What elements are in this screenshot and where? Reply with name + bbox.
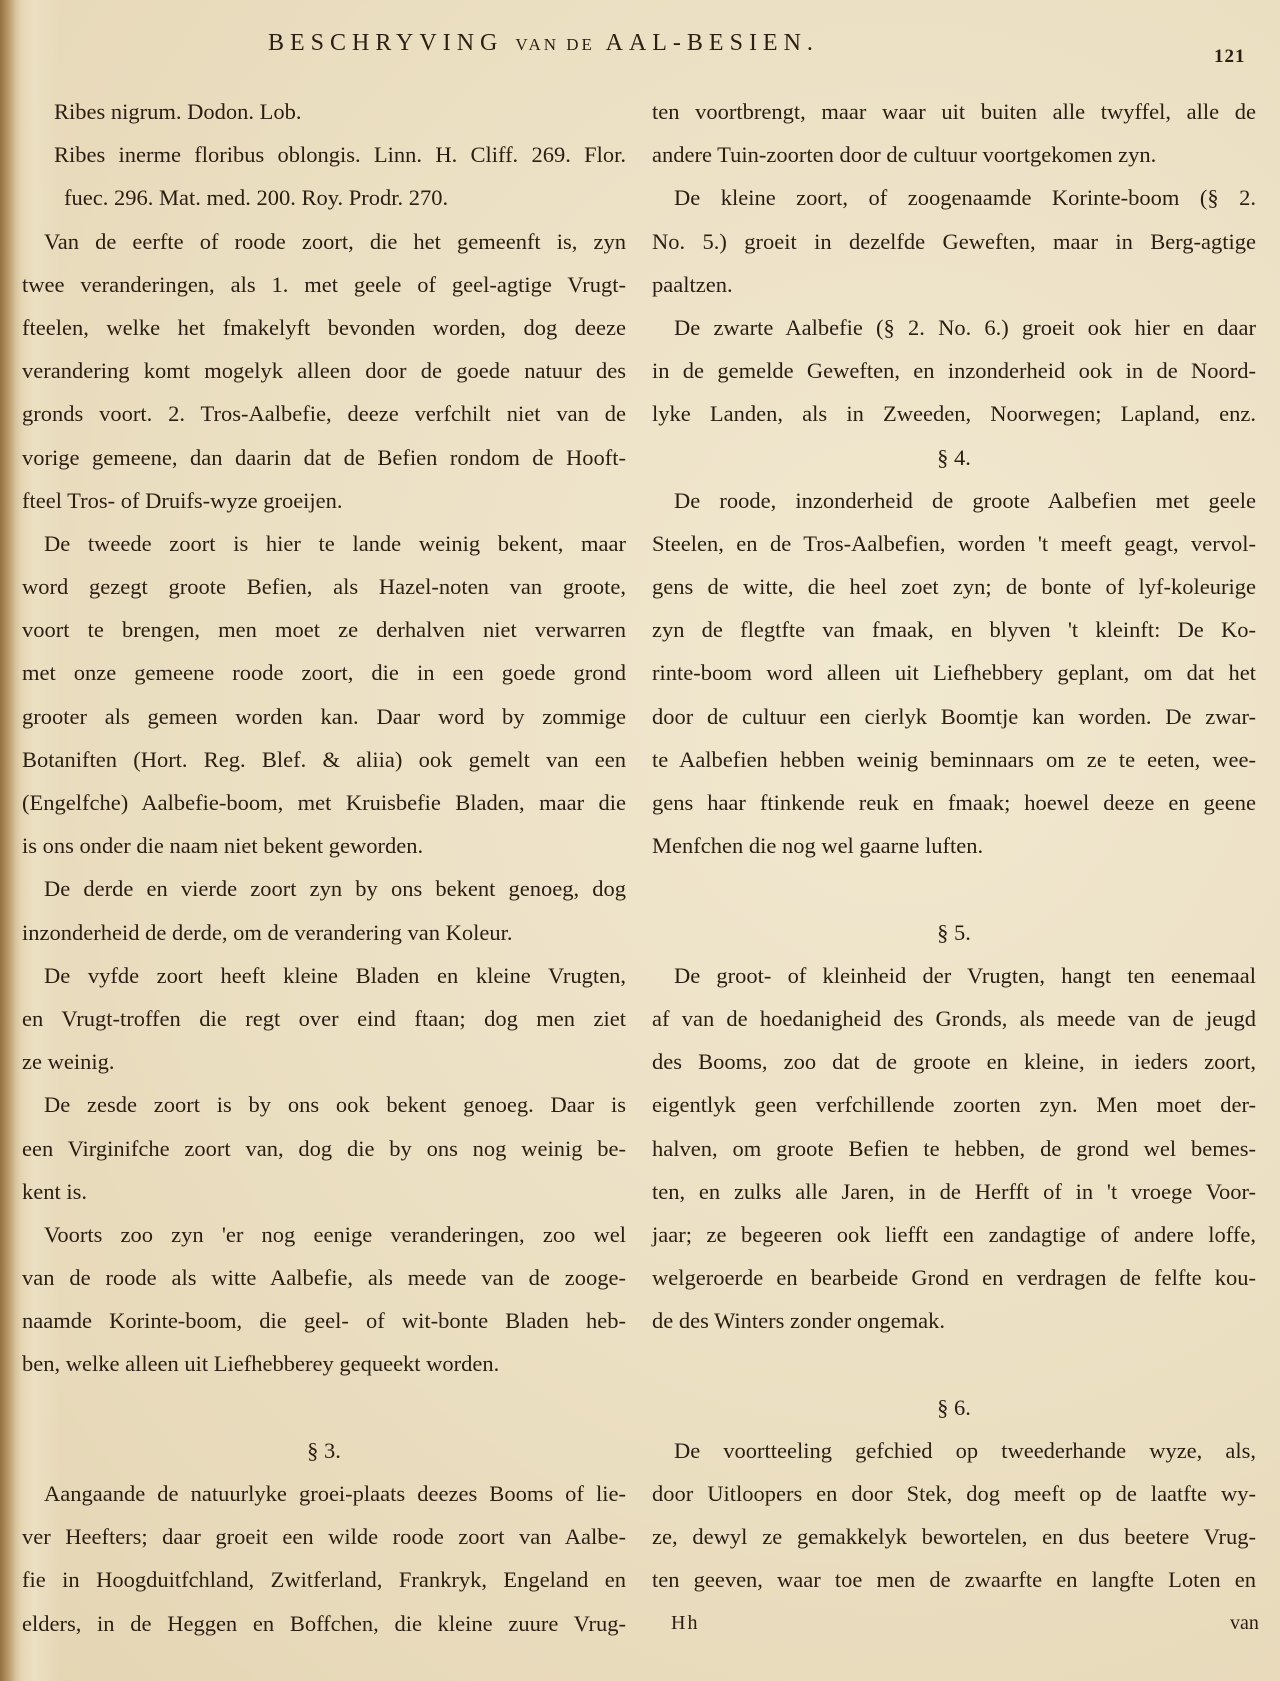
text-line: een Virginifche zoort van, dog die by on… (22, 1127, 626, 1170)
text-line: ten voortbrengt, maar waar uit buiten al… (652, 90, 1256, 133)
text-line: gronds voort. 2. Tros-Aalbefie, deeze ve… (22, 392, 626, 435)
running-head: BESCHRYVING VAN DE AAL-BESIEN. (268, 30, 819, 57)
text-line: jaar; ze begeeren ook liefft een zandagt… (652, 1213, 1256, 1256)
running-head-subject: AAL-BESIEN. (606, 30, 819, 56)
text-line: zyn de flegtfte van fmaak, en blyven 't … (652, 608, 1256, 651)
text-line: kent is. (22, 1170, 626, 1213)
text-line: twee veranderingen, als 1. met geele of … (22, 263, 626, 306)
text-line: verandering komt mogelyk alleen door de … (22, 349, 626, 392)
text-line: elders, in de Heggen en Boffchen, die kl… (22, 1602, 626, 1645)
text-line: andere Tuin-zoorten door de cultuur voor… (652, 133, 1256, 176)
catchword: van (1230, 1612, 1259, 1635)
text-line: De kleine zoort, of zoogenaamde Korinte-… (652, 176, 1256, 219)
text-line: De tweede zoort is hier te lande weinig … (22, 522, 626, 565)
text-line: is ons onder die naam niet bekent geword… (22, 824, 626, 867)
text-line: af van de hoedanigheid des Gronds, als m… (652, 997, 1256, 1040)
text-line: eigentlyk geen verfchillende zoorten zyn… (652, 1083, 1256, 1126)
text-line: grooter als gemeen worden kan. Daar word… (22, 695, 626, 738)
text-line: gens haar ftinkende reuk en fmaak; hoewe… (652, 781, 1256, 824)
text-line: De vyfde zoort heeft kleine Bladen en kl… (22, 954, 626, 997)
text-line: Menfchen die nog wel gaarne luften. (652, 824, 1256, 867)
text-line: van de roode als witte Aalbefie, als mee… (22, 1256, 626, 1299)
text-line: vorige gemeene, dan daarin dat de Befien… (22, 436, 626, 479)
book-page: BESCHRYVING VAN DE AAL-BESIEN. 121 Ribes… (0, 0, 1280, 1681)
text-line: ten geeven, waar toe men de zwaarfte en … (652, 1558, 1256, 1601)
left-column: Ribes nigrum. Dodon. Lob. Ribes inerme f… (22, 90, 626, 1645)
text-line: De derde en vierde zoort zyn by ons beke… (22, 867, 626, 910)
text-line: naamde Korinte-boom, die geel- of wit-bo… (22, 1299, 626, 1342)
text-line: welgeroerde en bearbeide Grond en verdra… (652, 1256, 1256, 1299)
text-line: Voorts zoo zyn 'er nog eenige veranderin… (22, 1213, 626, 1256)
text-line: No. 5.) groeit in dezelfde Geweften, maa… (652, 220, 1256, 263)
text-line: De zwarte Aalbefie (§ 2. No. 6.) groeit … (652, 306, 1256, 349)
text-line: lyke Landen, als in Zweeden, Noorwegen; … (652, 392, 1256, 435)
text-line: De zesde zoort is by ons ook bekent geno… (22, 1083, 626, 1126)
running-head-title: BESCHRYVING (268, 30, 503, 56)
text-line: gens de witte, die heel zoet zyn; de bon… (652, 565, 1256, 608)
section-heading-6: § 6. (652, 1386, 1256, 1429)
text-line: door de cultuur een cierlyk Boomtje kan … (652, 695, 1256, 738)
text-line: fteelen, welke het fmakelyft bevonden wo… (22, 306, 626, 349)
text-line: De groot- of kleinheid der Vrugten, hang… (652, 954, 1256, 997)
section-heading-3: § 3. (22, 1429, 626, 1472)
spacer (652, 1342, 1256, 1385)
text-line: in de gemelde Geweften, en inzonderheid … (652, 349, 1256, 392)
section-heading-4: § 4. (652, 436, 1256, 479)
right-column: ten voortbrengt, maar waar uit buiten al… (652, 90, 1256, 1602)
text-line: en Vrugt-troffen die regt over eind ftaa… (22, 997, 626, 1040)
text-line: fie in Hoogduitfchland, Zwitferland, Fra… (22, 1558, 626, 1601)
text-line: Steelen, en de Tros-Aalbefien, worden 't… (652, 522, 1256, 565)
text-line: paaltzen. (652, 263, 1256, 306)
text-line: Botaniften (Hort. Reg. Blef. & aliia) oo… (22, 738, 626, 781)
text-line: Aangaande de natuurlyke groei-plaats dee… (22, 1472, 626, 1515)
text-line: inzonderheid de derde, om de verandering… (22, 911, 626, 954)
spacer (22, 1386, 626, 1429)
signature-mark: Hh (671, 1612, 699, 1635)
text-line: ze weinig. (22, 1040, 626, 1083)
synonym-line: Ribes inerme floribus oblongis. Linn. H.… (22, 133, 626, 176)
text-line: De roode, inzonderheid de groote Aalbefi… (652, 479, 1256, 522)
page-number: 121 (1214, 46, 1246, 68)
spacer (652, 867, 1256, 910)
text-line: ver Heefters; daar groeit een wilde rood… (22, 1515, 626, 1558)
text-line: (Engelfche) Aalbefie-boom, met Kruisbefi… (22, 781, 626, 824)
synonym-line: Ribes nigrum. Dodon. Lob. (22, 90, 626, 133)
text-line: Van de eerfte of roode zoort, die het ge… (22, 220, 626, 263)
text-line: des Booms, zoo dat de groote en kleine, … (652, 1040, 1256, 1083)
binding-shadow (0, 0, 22, 1681)
synonym-line: fuec. 296. Mat. med. 200. Roy. Prodr. 27… (22, 176, 626, 219)
text-line: rinte-boom word alleen uit Liefhebbery g… (652, 651, 1256, 694)
text-line: voort te brengen, men moet ze derhalven … (22, 608, 626, 651)
text-line: met onze gemeene roode zoort, die in een… (22, 651, 626, 694)
section-heading-5: § 5. (652, 911, 1256, 954)
running-head-connector: VAN DE (515, 35, 595, 54)
text-line: door Uitloopers en door Stek, dog meeft … (652, 1472, 1256, 1515)
text-line: De voortteeling gefchied op tweederhande… (652, 1429, 1256, 1472)
text-line: halven, om groote Befien te hebben, de g… (652, 1127, 1256, 1170)
text-line: de des Winters zonder ongemak. (652, 1299, 1256, 1342)
text-line: te Aalbefien hebben weinig beminnaars om… (652, 738, 1256, 781)
text-line: word gezegt groote Befien, als Hazel-not… (22, 565, 626, 608)
text-line: ben, welke alleen uit Liefhebberey geque… (22, 1342, 626, 1385)
text-line: ze, dewyl ze gemakkelyk bewortelen, en d… (652, 1515, 1256, 1558)
text-line: fteel Tros- of Druifs-wyze groeijen. (22, 479, 626, 522)
text-line: ten, en zulks alle Jaren, in de Herfft o… (652, 1170, 1256, 1213)
